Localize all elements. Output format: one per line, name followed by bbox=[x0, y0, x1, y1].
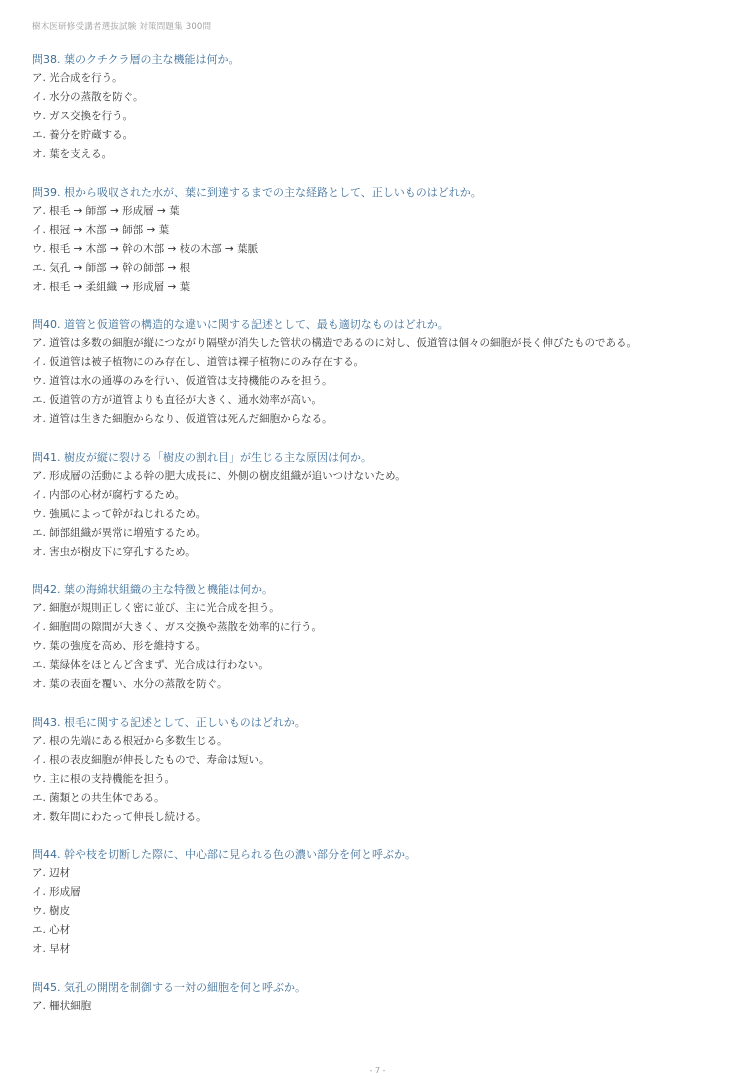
option-e: エ. 気孔 → 師部 → 幹の師部 → 根 bbox=[32, 259, 722, 278]
question-39: 問39. 根から吸収された水が、葉に到達するまでの主な経路として、正しいものはど… bbox=[32, 183, 722, 297]
option-i: イ. 形成層 bbox=[32, 883, 722, 902]
option-e: エ. 仮道管の方が道管よりも直径が大きく、通水効率が高い。 bbox=[32, 391, 722, 410]
question-title: 問41. 樹皮が縦に裂ける「樹皮の割れ目」が生じる主な原因は何か。 bbox=[32, 448, 722, 467]
question-title: 問44. 幹や枝を切断した際に、中心部に見られる色の濃い部分を何と呼ぶか。 bbox=[32, 845, 722, 864]
option-o: オ. 葉を支える。 bbox=[32, 145, 722, 164]
option-u: ウ. 道管は水の通導のみを行い、仮道管は支持機能のみを担う。 bbox=[32, 372, 722, 391]
option-a: ア. 根の先端にある根冠から多数生じる。 bbox=[32, 732, 722, 751]
running-header: 樹木医研修受講者選抜試験 対策問題集 300問 bbox=[32, 20, 211, 32]
option-u: ウ. ガス交換を行う。 bbox=[32, 107, 722, 126]
option-u: ウ. 強風によって幹がねじれるため。 bbox=[32, 505, 722, 524]
option-u: ウ. 主に根の支持機能を担う。 bbox=[32, 770, 722, 789]
question-title: 問43. 根毛に関する記述として、正しいものはどれか。 bbox=[32, 713, 722, 732]
question-40: 問40. 道管と仮道管の構造的な違いに関する記述として、最も適切なものはどれか。… bbox=[32, 315, 722, 429]
page-number: - 7 - bbox=[0, 1066, 755, 1075]
question-title: 問40. 道管と仮道管の構造的な違いに関する記述として、最も適切なものはどれか。 bbox=[32, 315, 722, 334]
option-a: ア. 形成層の活動による幹の肥大成長に、外側の樹皮組織が追いつけないため。 bbox=[32, 467, 722, 486]
option-o: オ. 葉の表面を覆い、水分の蒸散を防ぐ。 bbox=[32, 675, 722, 694]
question-38: 問38. 葉のクチクラ層の主な機能は何か。 ア. 光合成を行う。 イ. 水分の蒸… bbox=[32, 50, 722, 164]
option-u: ウ. 葉の強度を高め、形を維持する。 bbox=[32, 637, 722, 656]
option-i: イ. 内部の心材が腐朽するため。 bbox=[32, 486, 722, 505]
option-e: エ. 養分を貯蔵する。 bbox=[32, 126, 722, 145]
document-body: 問38. 葉のクチクラ層の主な機能は何か。 ア. 光合成を行う。 イ. 水分の蒸… bbox=[32, 50, 722, 1034]
option-o: オ. 害虫が樹皮下に穿孔するため。 bbox=[32, 543, 722, 562]
option-o: オ. 根毛 → 柔組織 → 形成層 → 葉 bbox=[32, 278, 722, 297]
option-e: エ. 葉緑体をほとんど含まず、光合成は行わない。 bbox=[32, 656, 722, 675]
question-45: 問45. 気孔の開閉を制御する一対の細胞を何と呼ぶか。 ア. 柵状細胞 bbox=[32, 978, 722, 1016]
option-e: エ. 師部組織が異常に増殖するため。 bbox=[32, 524, 722, 543]
option-i: イ. 根冠 → 木部 → 師部 → 葉 bbox=[32, 221, 722, 240]
question-42: 問42. 葉の海綿状組織の主な特徴と機能は何か。 ア. 細胞が規則正しく密に並び… bbox=[32, 580, 722, 694]
option-i: イ. 根の表皮細胞が伸長したもので、寿命は短い。 bbox=[32, 751, 722, 770]
option-a: ア. 辺材 bbox=[32, 864, 722, 883]
option-i: イ. 仮道管は被子植物にのみ存在し、道管は裸子植物にのみ存在する。 bbox=[32, 353, 722, 372]
option-a: ア. 光合成を行う。 bbox=[32, 69, 722, 88]
question-43: 問43. 根毛に関する記述として、正しいものはどれか。 ア. 根の先端にある根冠… bbox=[32, 713, 722, 827]
option-o: オ. 早材 bbox=[32, 940, 722, 959]
option-e: エ. 心材 bbox=[32, 921, 722, 940]
question-title: 問38. 葉のクチクラ層の主な機能は何か。 bbox=[32, 50, 722, 69]
question-title: 問42. 葉の海綿状組織の主な特徴と機能は何か。 bbox=[32, 580, 722, 599]
option-a: ア. 柵状細胞 bbox=[32, 997, 722, 1016]
option-u: ウ. 樹皮 bbox=[32, 902, 722, 921]
option-u: ウ. 根毛 → 木部 → 幹の木部 → 枝の木部 → 葉脈 bbox=[32, 240, 722, 259]
question-title: 問39. 根から吸収された水が、葉に到達するまでの主な経路として、正しいものはど… bbox=[32, 183, 722, 202]
question-41: 問41. 樹皮が縦に裂ける「樹皮の割れ目」が生じる主な原因は何か。 ア. 形成層… bbox=[32, 448, 722, 562]
option-i: イ. 水分の蒸散を防ぐ。 bbox=[32, 88, 722, 107]
option-o: オ. 道管は生きた細胞からなり、仮道管は死んだ細胞からなる。 bbox=[32, 410, 722, 429]
option-a: ア. 道管は多数の細胞が縦につながり隔壁が消失した管状の構造であるのに対し、仮道… bbox=[32, 334, 722, 353]
option-a: ア. 根毛 → 師部 → 形成層 → 葉 bbox=[32, 202, 722, 221]
question-44: 問44. 幹や枝を切断した際に、中心部に見られる色の濃い部分を何と呼ぶか。 ア.… bbox=[32, 845, 722, 959]
option-i: イ. 細胞間の隙間が大きく、ガス交換や蒸散を効率的に行う。 bbox=[32, 618, 722, 637]
option-e: エ. 菌類との共生体である。 bbox=[32, 789, 722, 808]
question-title: 問45. 気孔の開閉を制御する一対の細胞を何と呼ぶか。 bbox=[32, 978, 722, 997]
option-a: ア. 細胞が規則正しく密に並び、主に光合成を担う。 bbox=[32, 599, 722, 618]
option-o: オ. 数年間にわたって伸長し続ける。 bbox=[32, 808, 722, 827]
